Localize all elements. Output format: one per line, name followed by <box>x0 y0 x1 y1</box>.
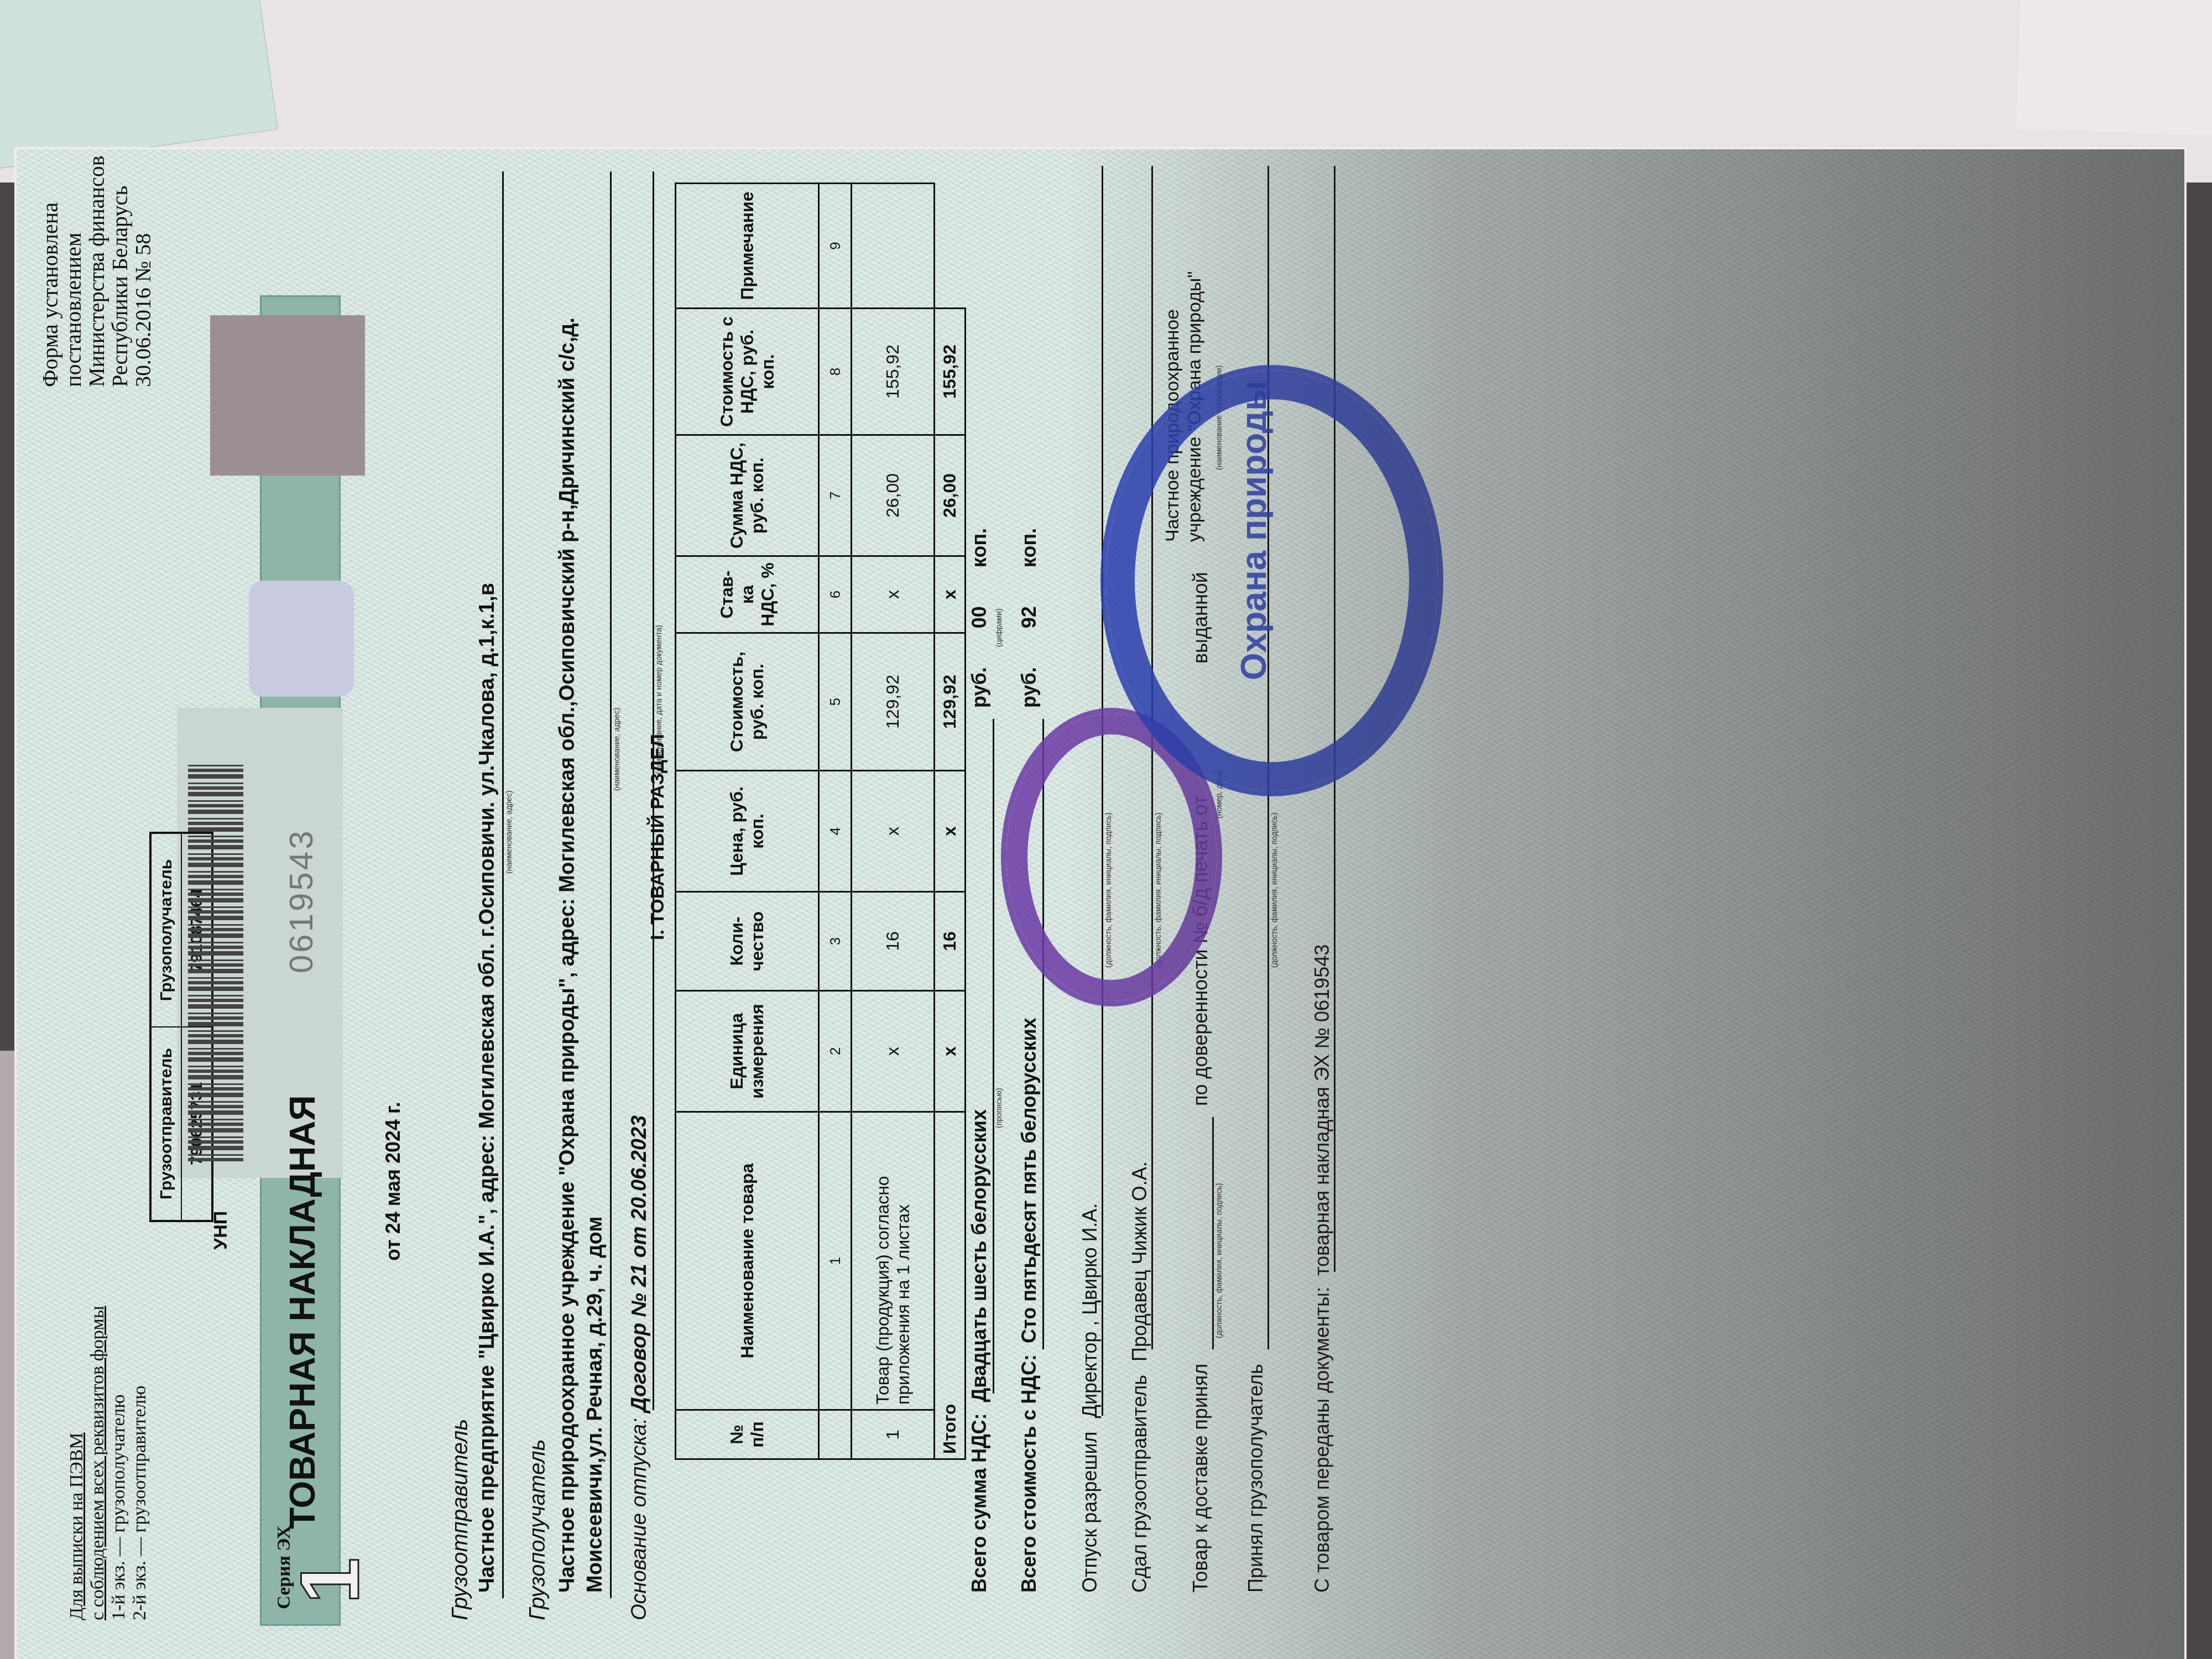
shipper-hint: (наименование, адрес) <box>504 791 513 874</box>
vat-total-row: Всего сумма НДС: Двадцать шесть белорусс… <box>968 1109 991 1593</box>
release-label: Отпуск разрешил <box>1078 1431 1101 1593</box>
total-kop-value: 92 <box>1018 606 1040 628</box>
background-document-corner-right <box>2016 0 2212 137</box>
goods-header-row: № п/п Наименование товара Единица измере… <box>676 184 819 1459</box>
col-number <box>819 1410 852 1459</box>
vat-total-digits: руб. 00 коп. <box>968 528 991 708</box>
goods-table: № п/п Наименование товара Единица измере… <box>675 182 966 1460</box>
consignee-hint: (наименование, адрес) <box>612 708 621 791</box>
signature-block: Отпуск разрешил Директор , Цвирко И.А. (… <box>1067 149 1565 1659</box>
consignee-value-line1: Частное природоохранное учреждение "Охра… <box>556 317 580 1593</box>
shipper-value: Частное предприятие "Цвирко И.А.", адрес… <box>476 583 499 1593</box>
vat-kop-label: коп. <box>968 528 990 567</box>
received-label: Принял грузополучатель <box>1244 1364 1267 1593</box>
col-vat-sum: Сумма НДС, руб. коп. <box>676 435 819 556</box>
document-number: 0619543 <box>282 828 320 973</box>
col-cost: Стоимость, руб. коп. <box>676 633 819 771</box>
documents-value: товарная накладная ЭХ № 0619543 <box>1311 945 1333 1276</box>
col-number: 3 <box>819 892 852 991</box>
row-no: 1 <box>852 1410 935 1459</box>
total-cost-with-vat: 155,92 <box>935 309 966 435</box>
vat-kop-value: 00 <box>968 606 990 628</box>
legal-line: 30.06.2016 № 58 <box>132 155 155 387</box>
documents-row: С товаром переданы документы: товарная н… <box>1311 945 1334 1593</box>
total-note <box>935 184 966 309</box>
handed-row: Сдал грузоотправитель Продавец Чижик О.А… <box>1128 1161 1151 1593</box>
legal-line: постановлением <box>62 155 85 387</box>
delivery-hint: (должность, фамилия, инициалы, подпись) <box>1214 1183 1223 1338</box>
col-no: № п/п <box>676 1410 819 1459</box>
col-number: 2 <box>819 991 852 1112</box>
vat-total-words: Двадцать шесть белорусских <box>968 1109 990 1402</box>
row-name: Товар (продукция) согласно приложения на… <box>852 1112 935 1410</box>
waybill-page: Для выписки на ПЭВМ с соблюдением всех р… <box>17 149 1067 1659</box>
release-value: Директор , Цвирко И.А. <box>1078 1203 1101 1418</box>
digits-hint: (цифрами) <box>994 608 1003 647</box>
document-title: ТОВАРНАЯ НАКЛАДНАЯ <box>282 1095 323 1529</box>
release-row: Отпуск разрешил Директор , Цвирко И.А. <box>1078 1203 1102 1593</box>
total-price: x <box>935 771 966 892</box>
col-number: 7 <box>819 435 852 556</box>
form-note-line2: с соблюдением всех реквизитов формы <box>87 1306 108 1621</box>
total-unit: x <box>935 991 966 1112</box>
total-label: Итого <box>935 1112 966 1459</box>
form-note: Для выписки на ПЭВМ с соблюдением всех р… <box>66 1306 150 1621</box>
consignee-underline <box>610 171 612 1598</box>
total-qty: 16 <box>935 892 966 991</box>
security-pattern-icon <box>210 315 365 476</box>
basis-label: Основание отпуска: <box>628 1418 651 1620</box>
col-number: 1 <box>819 1112 852 1410</box>
vat-words-underline <box>993 719 994 1394</box>
barcode-icon <box>188 763 243 1161</box>
legal-basis: Форма установлена постановлением Министе… <box>39 155 155 387</box>
column-number-row: 1 2 3 4 5 6 7 8 9 <box>819 184 852 1459</box>
row-cost: 129,92 <box>852 633 935 771</box>
total-with-vat-digits: руб. 92 коп. <box>1018 528 1041 708</box>
row-cost-with-vat: 155,92 <box>852 309 935 435</box>
col-unit: Единица измерения <box>676 991 819 1112</box>
delivery-underline <box>1212 1117 1214 1349</box>
vat-rub-label: руб. <box>968 667 990 708</box>
total-with-vat-words: Сто пятьдесят пять белорусских <box>1018 1018 1040 1343</box>
shipper-underline <box>502 171 504 1598</box>
consignee-value-line2: Моисеевичи,ул. Речная, д.29, ч. дом <box>583 1217 607 1593</box>
total-with-vat-row: Всего стоимость с НДС: Сто пятьдесят пят… <box>1018 1018 1041 1593</box>
col-number: 8 <box>819 309 852 435</box>
unp-shipper-header: Грузоотправитель <box>151 1027 181 1220</box>
documents-label: С товаром переданы документы: <box>1311 1287 1333 1593</box>
col-number: 6 <box>819 556 852 633</box>
document-date: от 24 мая 2024 г. <box>382 1102 405 1261</box>
handed-label: Сдал грузоотправитель <box>1128 1375 1151 1593</box>
row-note <box>852 184 935 309</box>
goods-section-title: I. ТОВАРНЫЙ РАЗДЕЛ <box>647 734 669 940</box>
words-hint: (прописью) <box>994 1088 1003 1128</box>
total-vat-sum: 26,00 <box>935 435 966 556</box>
total-rub-label: руб. <box>1018 667 1040 708</box>
form-note-line1: Для выписки на ПЭВМ <box>66 1306 87 1621</box>
unp-consignee-header: Грузополучатель <box>151 833 181 1027</box>
total-cost: 129,92 <box>935 633 966 771</box>
col-price: Цена, руб. коп. <box>676 771 819 892</box>
total-row: Итого x 16 x 129,92 x 26,00 155,92 <box>935 184 966 1459</box>
basis-row: Основание отпуска: Договор № 21 от 20.06… <box>628 1115 651 1620</box>
col-note: Примечание <box>676 184 819 309</box>
form-note-copy1: 1-й экз. — грузополучателю <box>108 1306 129 1621</box>
consignee-label: Грузополучатель <box>525 1439 550 1620</box>
row-vat-sum: 26,00 <box>852 435 935 556</box>
hologram-icon <box>249 581 354 697</box>
legal-line: Министерства финансов <box>85 155 108 387</box>
form-note-copy2: 2-й экз. — грузоотправителю <box>129 1306 150 1621</box>
legal-line: Республики Беларусь <box>108 155 132 387</box>
col-name: Наименование товара <box>676 1112 819 1410</box>
handed-value: Продавец Чижик О.А. <box>1128 1161 1151 1361</box>
row-unit: x <box>852 991 935 1112</box>
total-kop-label: коп. <box>1018 528 1040 567</box>
col-vat-rate: Став-ка НДС, % <box>676 556 819 633</box>
col-cost-with-vat: Стоимость с НДС, руб. коп. <box>676 309 819 435</box>
col-qty: Коли-чество <box>676 892 819 991</box>
shipper-label: Грузоотправитель <box>448 1419 473 1620</box>
legal-line: Форма установлена <box>39 155 62 387</box>
total-with-vat-label: Всего стоимость с НДС: <box>1018 1354 1040 1593</box>
col-number: 4 <box>819 771 852 892</box>
blue-stamp-text: Охрана природы <box>1233 380 1274 680</box>
table-row: 1 Товар (продукция) согласно приложения … <box>852 184 935 1459</box>
received-hint: (должность, фамилия, инициалы, подпись) <box>1270 812 1279 968</box>
row-vat-rate: x <box>852 556 935 633</box>
col-number: 5 <box>819 633 852 771</box>
vat-total-label: Всего сумма НДС: <box>968 1413 990 1593</box>
total-vat-rate: x <box>935 556 966 633</box>
col-number: 9 <box>819 184 852 309</box>
basis-value: Договор № 21 от 20.06.2023 <box>628 1115 651 1412</box>
form-number: 1 <box>282 1558 378 1604</box>
row-qty: 16 <box>852 892 935 991</box>
row-price: x <box>852 771 935 892</box>
delivery-label: Товар к доставке принял <box>1189 1364 1212 1593</box>
